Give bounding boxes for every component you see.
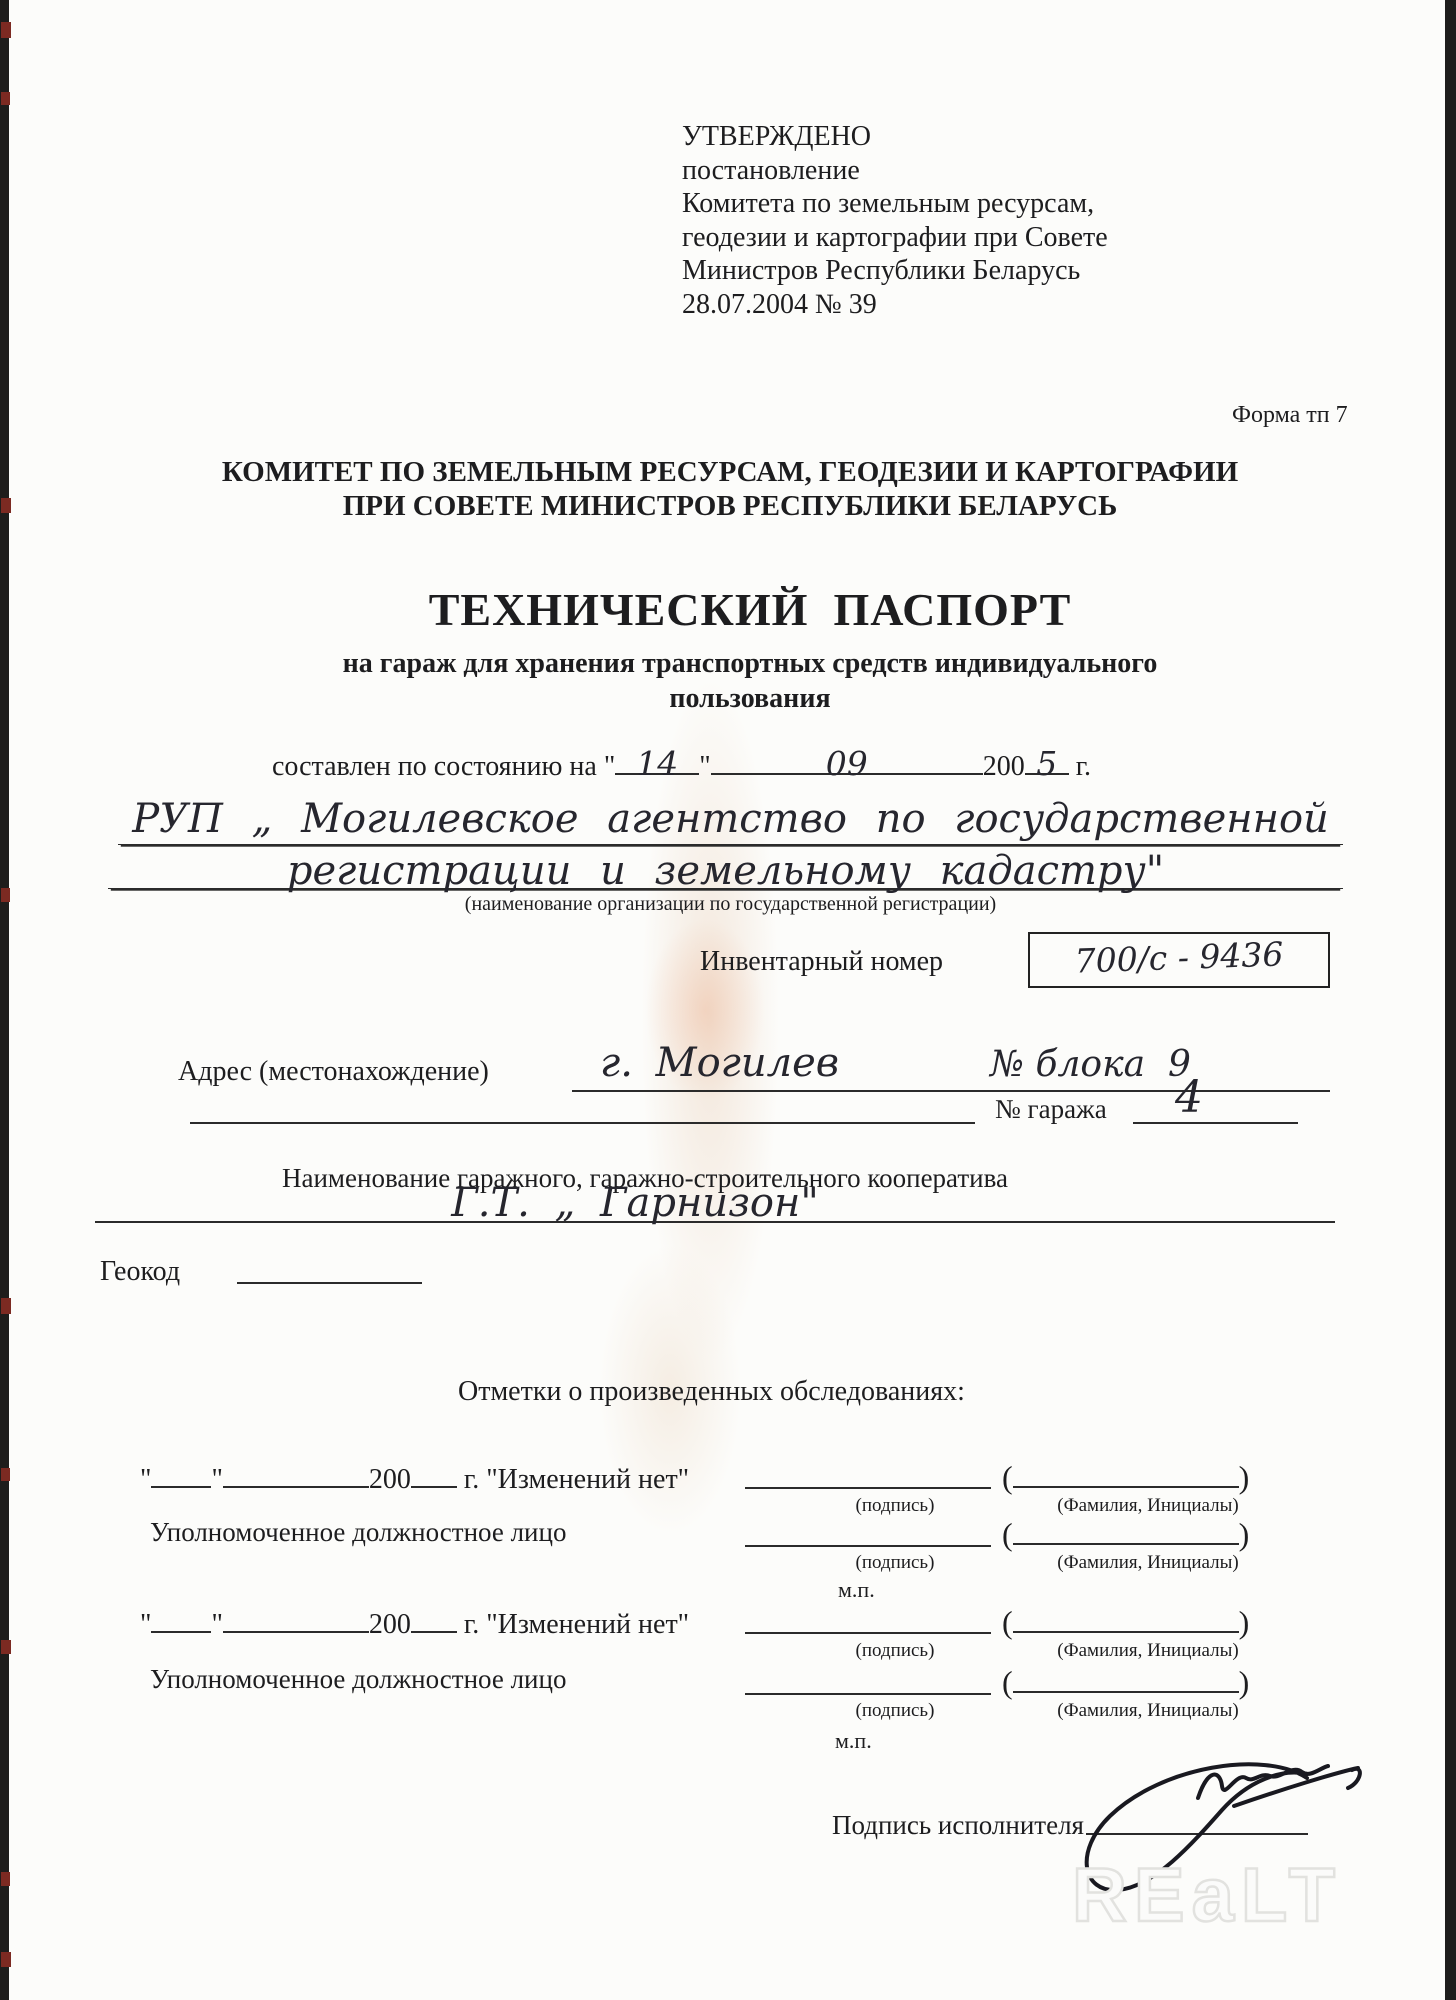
organization-caption: (наименование организации по государстве… bbox=[118, 893, 1343, 916]
open-quote: " bbox=[604, 751, 615, 783]
name-blank bbox=[1013, 1514, 1239, 1545]
signature-blank bbox=[745, 1517, 991, 1547]
close-paren: ) bbox=[1239, 1664, 1250, 1701]
approval-block: УТВЕРЖДЕНО постановление Комитета по зем… bbox=[682, 120, 1108, 321]
approval-line: 28.07.2004 № 39 bbox=[682, 288, 1108, 322]
scan-speck bbox=[1, 1298, 11, 1314]
document-title: ТЕХНИЧЕСКИЙ ПАСПОРТ bbox=[40, 583, 1456, 636]
day-blank bbox=[151, 1602, 211, 1633]
name-paren-group: () bbox=[1002, 1662, 1249, 1701]
month-blank bbox=[223, 1457, 369, 1488]
organization-handwritten-line2: регистрации и земельному кадастру" bbox=[108, 848, 1343, 889]
close-paren: ) bbox=[1239, 1604, 1250, 1641]
close-paren: ) bbox=[1239, 1516, 1250, 1553]
year-blank bbox=[411, 1602, 457, 1633]
approval-line: УТВЕРЖДЕНО bbox=[682, 120, 1108, 154]
inventory-number-box: 700/с - 9436 bbox=[1028, 932, 1330, 988]
signature-blank bbox=[745, 1459, 991, 1489]
name-blank bbox=[1013, 1662, 1239, 1693]
month-blank bbox=[223, 1602, 369, 1633]
stamp-label: м.п. bbox=[838, 1577, 875, 1603]
day-blank: 14 bbox=[615, 744, 699, 775]
handwritten-month: 09 bbox=[826, 744, 868, 783]
inspection-block: ""200 г. "Изменений нет" () (подпись) (Ф… bbox=[0, 1602, 1456, 1747]
open-quote: " bbox=[140, 1609, 151, 1641]
name-paren-group: () bbox=[1002, 1457, 1249, 1496]
document-subtitle-line1: на гараж для хранения транспортных средс… bbox=[40, 648, 1456, 680]
signature-caption: (подпись) bbox=[800, 1640, 990, 1662]
realt-watermark: REaLT bbox=[1072, 1852, 1342, 1939]
scan-speck bbox=[1, 22, 11, 38]
signature-caption: (подпись) bbox=[800, 1552, 990, 1574]
name-blank bbox=[1013, 1457, 1239, 1488]
approval-line: геодезии и картографии при Совете bbox=[682, 221, 1108, 255]
signature-blank bbox=[745, 1665, 991, 1695]
open-paren: ( bbox=[1002, 1459, 1013, 1496]
address-blank-line2 bbox=[190, 1082, 975, 1124]
inspection-date-line: ""200 г. "Изменений нет" bbox=[140, 1602, 689, 1641]
handwritten-garage-number: 4 bbox=[1175, 1072, 1203, 1123]
open-paren: ( bbox=[1002, 1604, 1013, 1641]
inspection-block: ""200 г. "Изменений нет" () (подпись) (Ф… bbox=[0, 1457, 1456, 1602]
signature-blank bbox=[745, 1604, 991, 1634]
committee-title-line2: ПРИ СОВЕТЕ МИНИСТРОВ РЕСПУБЛИКИ БЕЛАРУСЬ bbox=[30, 490, 1430, 523]
committee-title-line1: КОМИТЕТ ПО ЗЕМЕЛЬНЫМ РЕСУРСАМ, ГЕОДЕЗИИ … bbox=[30, 456, 1430, 489]
name-caption: (Фамилия, Инициалы) bbox=[1030, 1700, 1266, 1722]
block-label: № блока bbox=[990, 1044, 1145, 1085]
compiled-date-prefix: составлен по состоянию на bbox=[272, 751, 604, 783]
name-caption: (Фамилия, Инициалы) bbox=[1030, 1552, 1266, 1574]
inspection-date-line: ""200 г. "Изменений нет" bbox=[140, 1457, 689, 1496]
signature-caption: (подпись) bbox=[800, 1495, 990, 1517]
year-prefix: 200 bbox=[983, 751, 1025, 783]
open-quote: " bbox=[140, 1464, 151, 1496]
inventory-number-label: Инвентарный номер bbox=[700, 946, 943, 978]
document-subtitle-line2: пользования bbox=[40, 683, 1456, 715]
approval-line: Министров Республики Беларусь bbox=[682, 254, 1108, 288]
scan-speck bbox=[1, 92, 10, 105]
scanned-document-page: УТВЕРЖДЕНО постановление Комитета по зем… bbox=[0, 0, 1456, 2000]
open-paren: ( bbox=[1002, 1516, 1013, 1553]
open-paren: ( bbox=[1002, 1664, 1013, 1701]
scan-speck bbox=[1, 888, 10, 902]
no-changes-text: г. "Изменений нет" bbox=[457, 1464, 689, 1496]
close-quote: " bbox=[211, 1609, 222, 1641]
close-quote: " bbox=[211, 1464, 222, 1496]
close-quote: " bbox=[699, 751, 710, 783]
form-number-label: Форма тп 7 bbox=[1232, 402, 1348, 429]
scan-speck bbox=[1, 498, 11, 513]
name-paren-group: () bbox=[1002, 1602, 1249, 1641]
signature-caption: (подпись) bbox=[800, 1700, 990, 1722]
geocode-label: Геокод bbox=[100, 1256, 180, 1288]
inspections-title: Отметки о произведенных обследованиях: bbox=[458, 1376, 965, 1408]
year-blank bbox=[411, 1457, 457, 1488]
scan-speck bbox=[1, 1872, 10, 1886]
name-blank bbox=[1013, 1602, 1239, 1633]
handwritten-year-digit: 5 bbox=[1036, 744, 1057, 783]
handwritten-day: 14 bbox=[636, 744, 678, 783]
official-label: Уполномоченное должностное лицо bbox=[150, 1517, 566, 1548]
stamp-label: м.п. bbox=[835, 1728, 872, 1754]
handwritten-cooperative-name: Г.Т. „ Гарнизон" bbox=[20, 1180, 1250, 1226]
month-blank: 09 bbox=[711, 744, 983, 775]
garage-number-blank: 4 bbox=[1133, 1082, 1298, 1124]
no-changes-text: г. "Изменений нет" bbox=[457, 1609, 689, 1641]
garage-number-label: № гаража bbox=[995, 1094, 1107, 1125]
year-prefix: 200 bbox=[369, 1464, 411, 1496]
approval-line: постановление bbox=[682, 154, 1108, 188]
name-caption: (Фамилия, Инициалы) bbox=[1030, 1640, 1266, 1662]
close-paren: ) bbox=[1239, 1459, 1250, 1496]
year-blank: 5 bbox=[1025, 744, 1069, 775]
handwritten-city: г. Могилев bbox=[600, 1040, 839, 1086]
day-blank bbox=[151, 1457, 211, 1488]
name-paren-group: () bbox=[1002, 1514, 1249, 1553]
compiled-date-line: составлен по состоянию на "14"092005 г. bbox=[272, 744, 1091, 783]
handwritten-block: № блока 9 bbox=[990, 1044, 1191, 1085]
inventory-number-value: 700/с - 9436 bbox=[1029, 933, 1328, 982]
official-label: Уполномоченное должностное лицо bbox=[150, 1664, 566, 1695]
year-suffix: г. bbox=[1069, 751, 1091, 783]
approval-line: Комитета по земельным ресурсам, bbox=[682, 187, 1108, 221]
scan-speck bbox=[1, 1952, 11, 1967]
geocode-blank bbox=[237, 1242, 422, 1284]
year-prefix: 200 bbox=[369, 1609, 411, 1641]
organization-handwritten-line1: РУП „ Могилевское агентство по государст… bbox=[118, 796, 1343, 845]
